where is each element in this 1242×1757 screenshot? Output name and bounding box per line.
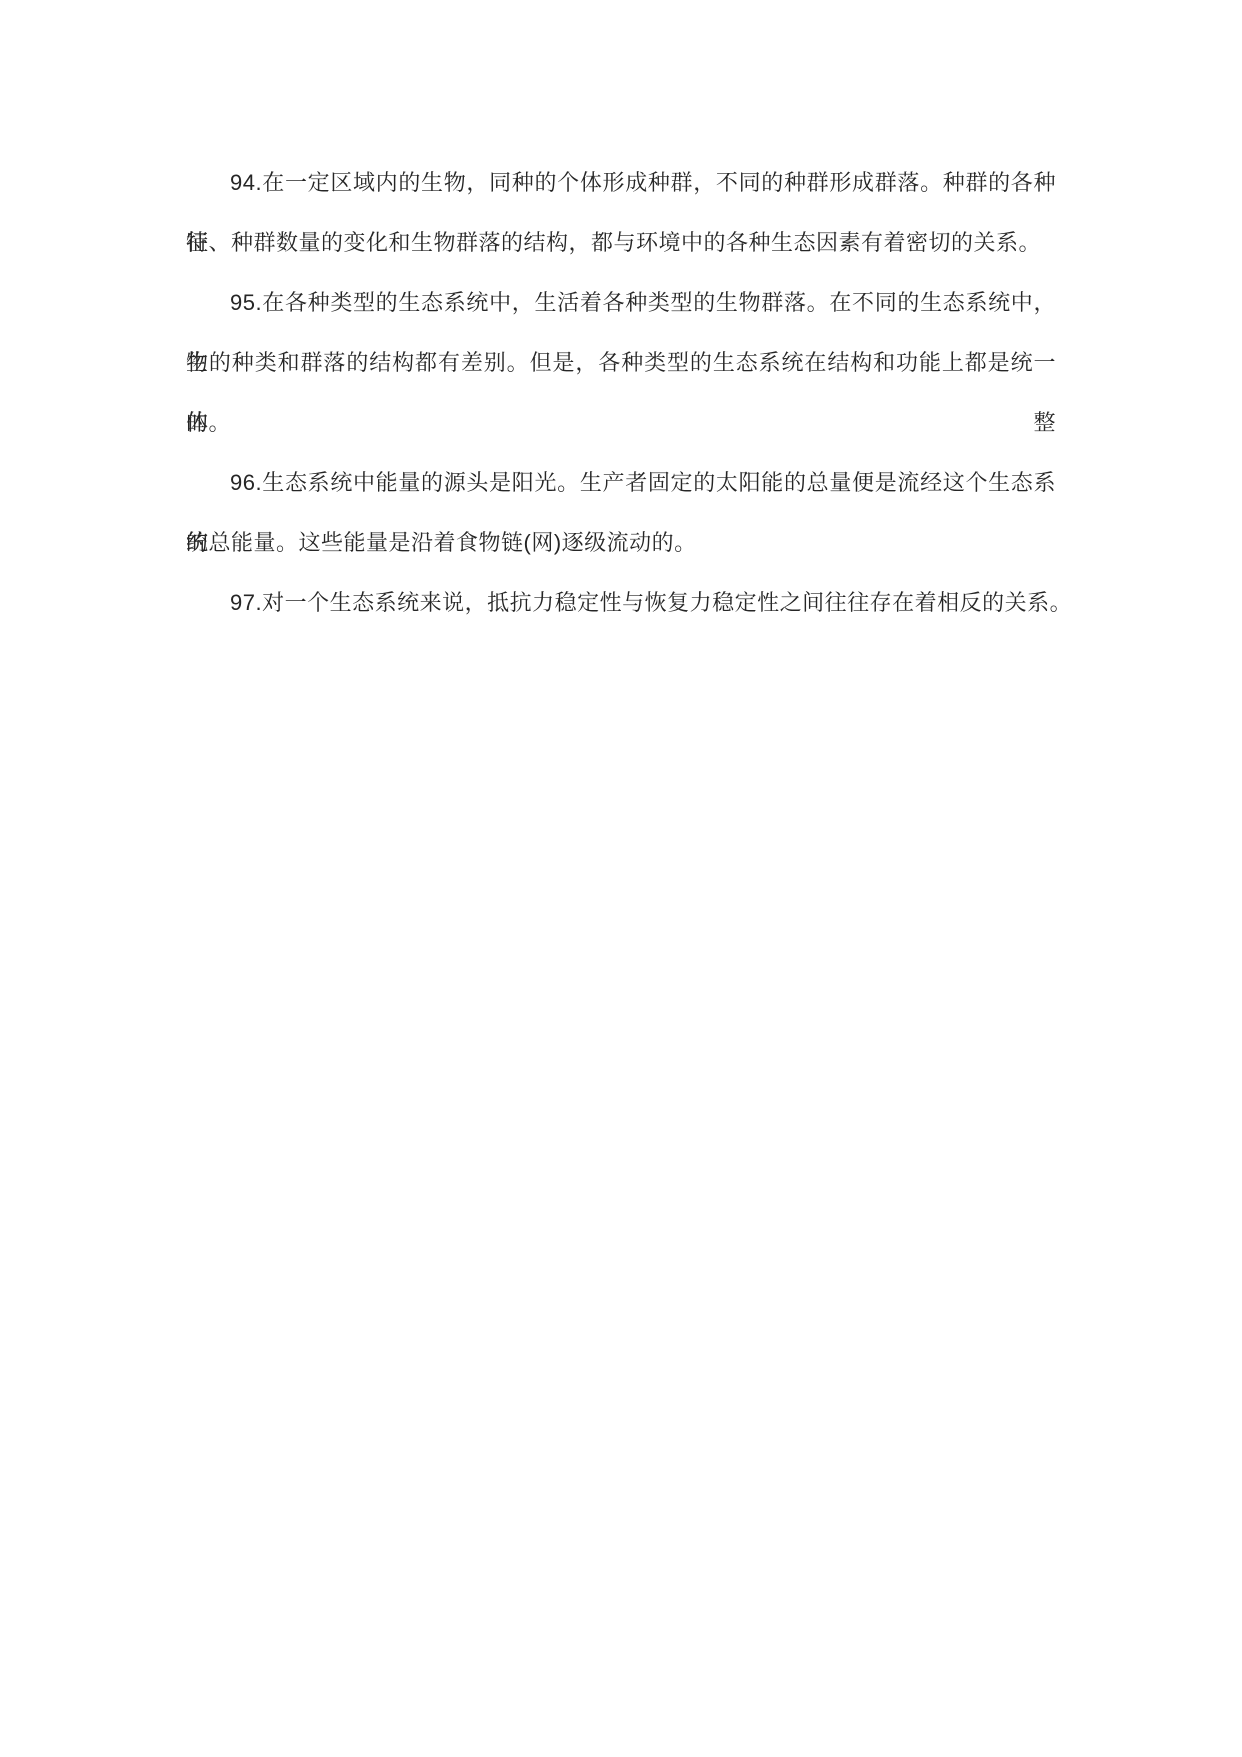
document-page: 94.在一定区域内的生物，同种的个体形成种群，不同的种群形成群落。种群的各种特 … [0, 0, 1242, 1757]
text-line: 物的种类和群落的结构都有差别。但是，各种类型的生态系统在结构和功能上都是统一的整 [186, 333, 1056, 393]
text-line: 96.生态系统中能量的源头是阳光。生产者固定的太阳能的总量便是流经这个生态系统 [186, 453, 1056, 513]
text-line: 征、种群数量的变化和生物群落的结构，都与环境中的各种生态因素有着密切的关系。 [186, 213, 1056, 273]
text-line: 97.对一个生态系统来说，抵抗力稳定性与恢复力稳定性之间往往存在着相反的关系。 [186, 573, 1056, 633]
text-line: 94.在一定区域内的生物，同种的个体形成种群，不同的种群形成群落。种群的各种特 [186, 153, 1056, 213]
paragraph-94: 94.在一定区域内的生物，同种的个体形成种群，不同的种群形成群落。种群的各种特 … [186, 153, 1056, 273]
paragraph-95: 95.在各种类型的生态系统中，生活着各种类型的生物群落。在不同的生态系统中，生 … [186, 273, 1056, 453]
text-line: 95.在各种类型的生态系统中，生活着各种类型的生物群落。在不同的生态系统中，生 [186, 273, 1056, 333]
paragraph-97: 97.对一个生态系统来说，抵抗力稳定性与恢复力稳定性之间往往存在着相反的关系。 [186, 573, 1056, 633]
text-line: 的总能量。这些能量是沿着食物链(网)逐级流动的。 [186, 513, 1056, 573]
paragraph-96: 96.生态系统中能量的源头是阳光。生产者固定的太阳能的总量便是流经这个生态系统 … [186, 453, 1056, 573]
